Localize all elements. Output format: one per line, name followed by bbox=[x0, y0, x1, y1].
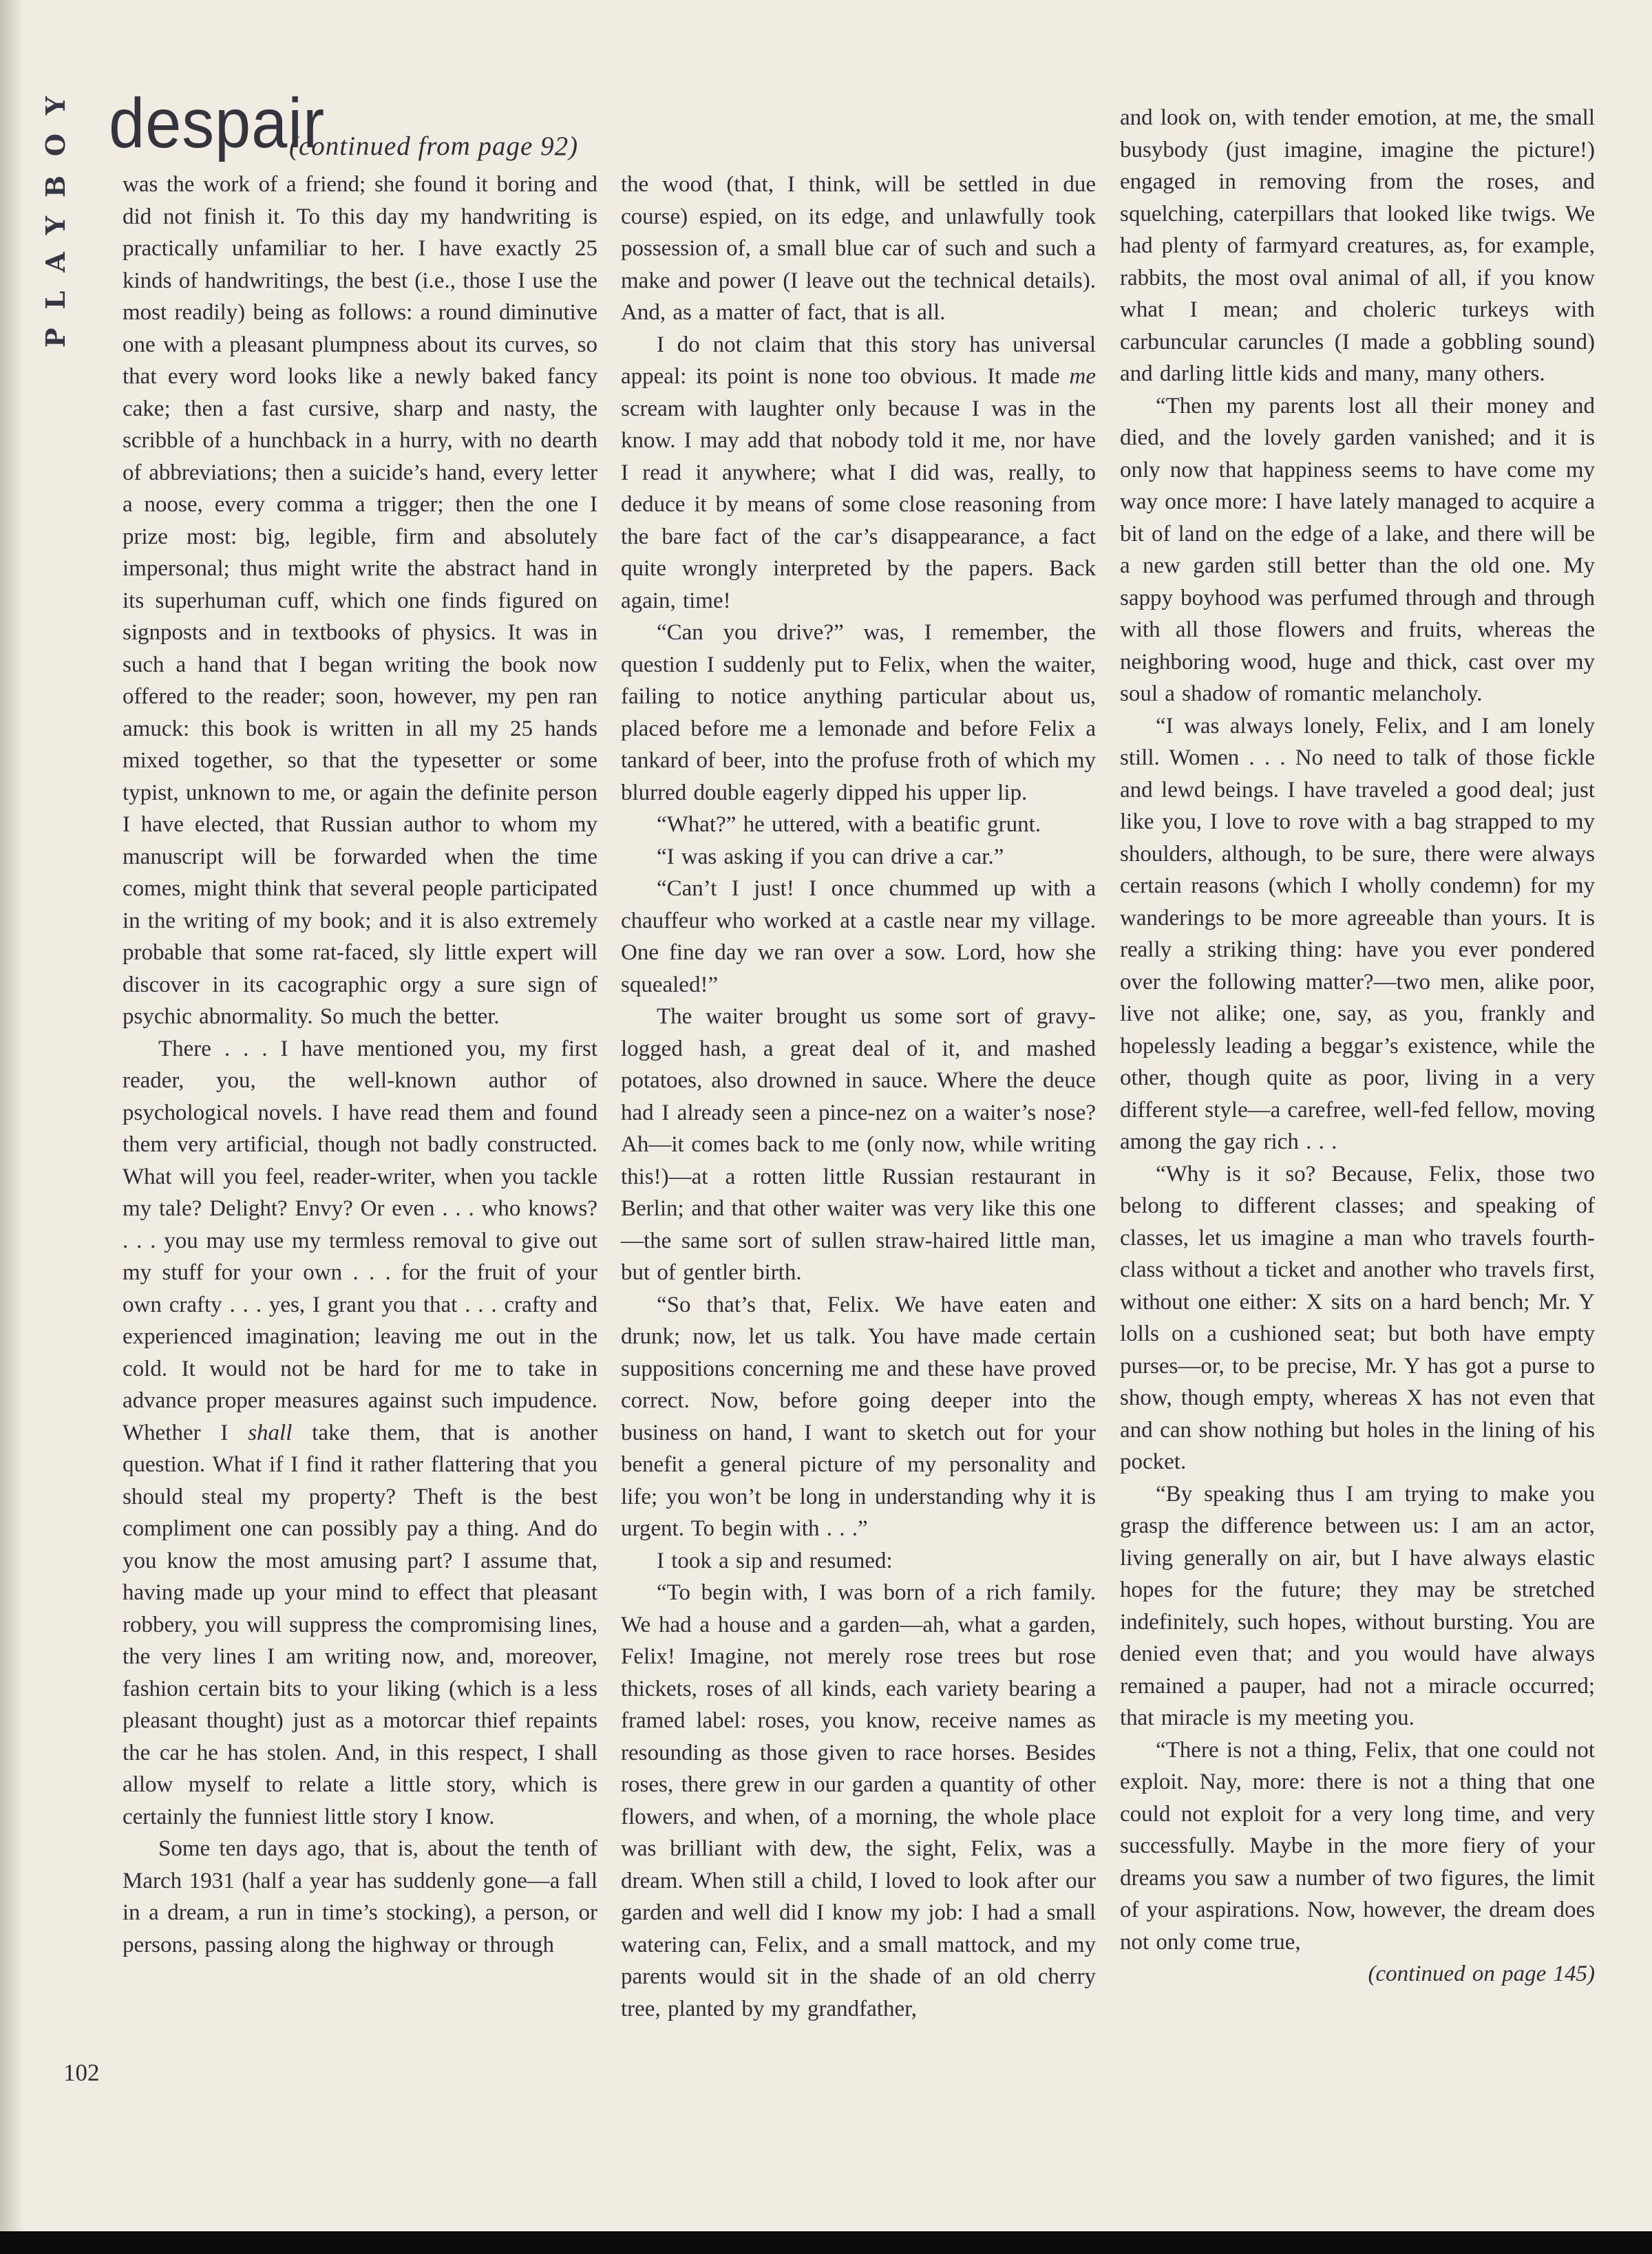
magazine-page: PLAYBOY despair (continued from page 92)… bbox=[0, 0, 1652, 2254]
scan-edge-left bbox=[0, 0, 23, 2254]
story-paragraph: “To begin with, I was born of a rich fam… bbox=[621, 1577, 1096, 2025]
page-number: 102 bbox=[63, 2059, 100, 2087]
story-paragraph: the wood (that, I think, will be settled… bbox=[621, 169, 1096, 329]
story-paragraph: I took a sip and resumed: bbox=[621, 1545, 1096, 1577]
text-column-3: and look on, with tender emotion, at me,… bbox=[1120, 102, 1595, 1990]
scan-edge-bottom bbox=[0, 2231, 1652, 2254]
text-column-1: was the work of a friend; she found it b… bbox=[123, 169, 597, 1961]
story-paragraph: “Can’t I just! I once chummed up with a … bbox=[621, 873, 1096, 1001]
continued-on-note: (continued on page 145) bbox=[1120, 1958, 1595, 1990]
story-paragraph: There . . . I have mentioned you, my fir… bbox=[123, 1033, 597, 1833]
story-paragraph: “I was always lonely, Felix, and I am lo… bbox=[1120, 710, 1595, 1158]
story-paragraph: and look on, with tender emotion, at me,… bbox=[1120, 102, 1595, 390]
story-paragraph: Some ten days ago, that is, about the te… bbox=[123, 1833, 597, 1961]
story-paragraph: “I was asking if you can drive a car.” bbox=[621, 841, 1096, 873]
text-column-2: the wood (that, I think, will be settled… bbox=[621, 169, 1096, 2025]
story-paragraph: I do not claim that this story has unive… bbox=[621, 329, 1096, 617]
story-paragraph: “What?” he uttered, with a beatific grun… bbox=[621, 809, 1096, 841]
story-paragraph: “There is not a thing, Felix, that one c… bbox=[1120, 1734, 1595, 1959]
magazine-spine-text: PLAYBOY bbox=[40, 78, 71, 348]
story-paragraph: “So that’s that, Felix. We have eaten an… bbox=[621, 1289, 1096, 1545]
story-paragraph: “Then my parents lost all their money an… bbox=[1120, 390, 1595, 710]
story-paragraph: “By speaking thus I am trying to make yo… bbox=[1120, 1478, 1595, 1734]
story-paragraph: “Why is it so? Because, Felix, those two… bbox=[1120, 1158, 1595, 1478]
story-paragraph: The waiter brought us some sort of gravy… bbox=[621, 1001, 1096, 1289]
story-paragraph: was the work of a friend; she found it b… bbox=[123, 169, 597, 1033]
continued-from-note: (continued from page 92) bbox=[289, 131, 578, 162]
story-paragraph: “Can you drive?” was, I remember, the qu… bbox=[621, 617, 1096, 809]
